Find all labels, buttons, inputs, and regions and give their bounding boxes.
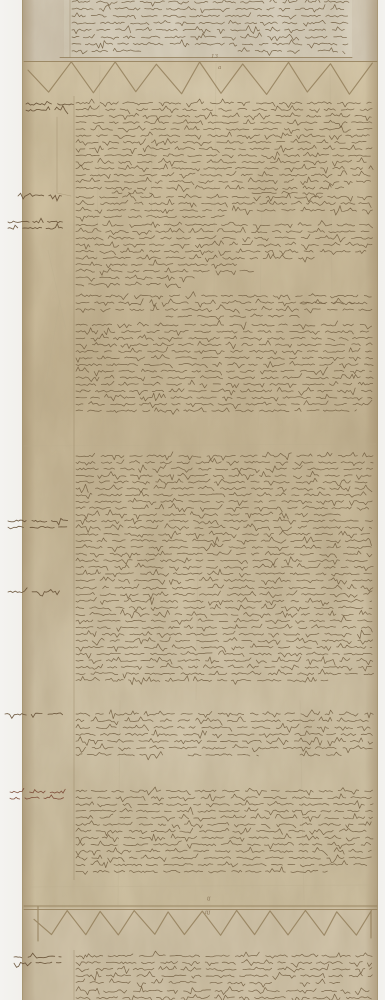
parchment-texture [22, 0, 378, 1000]
membrane-numeral: 13 [211, 54, 218, 60]
membrane-numeral: iij [205, 910, 211, 916]
parchment-roll: 13aijiij [0, 0, 385, 1000]
membrane-numeral: a [218, 65, 221, 71]
membrane-numeral: ij [207, 896, 211, 902]
manuscript-roll-photo: Photograph of a medieval parchment manus… [0, 0, 385, 1000]
